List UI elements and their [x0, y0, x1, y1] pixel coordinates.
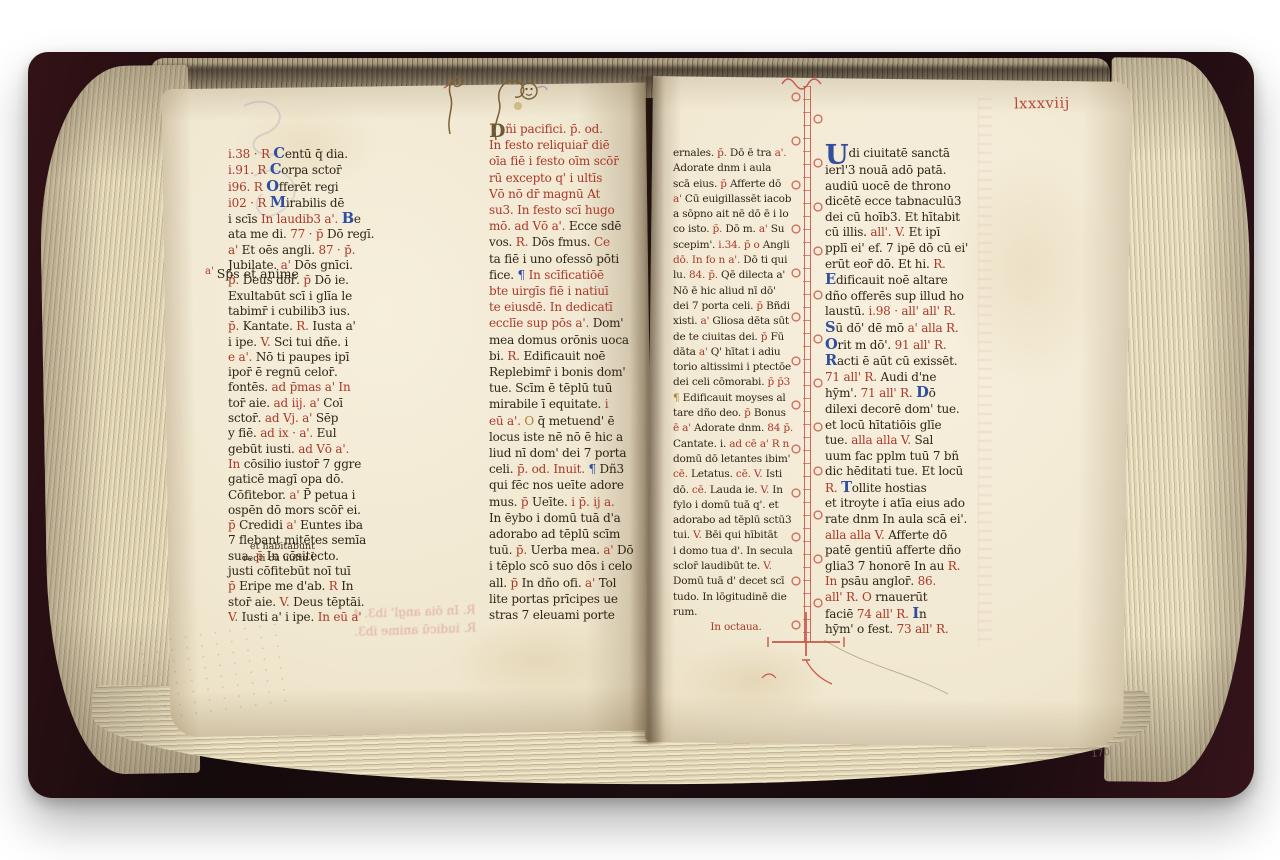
text-segment: In dño ofi. [522, 576, 585, 590]
manuscript-text-line: alla alla V. Afferte dō [825, 528, 1001, 544]
text-segment: Gliosa dēta sūt [712, 315, 789, 327]
manuscript-text-line: bi. R. Edificauit noē [489, 348, 647, 364]
manuscript-text-line: cū illis. all'. V. Et ipī [825, 225, 1001, 241]
text-segment: Ueīte. [532, 495, 571, 509]
text-segment: Ecce sdē [569, 219, 621, 233]
manuscript-text-line: stras 7 eleuami porte [489, 607, 647, 623]
text-segment: 74 all' R. [857, 607, 913, 621]
manuscript-text-line: su3. In festo scī hugo [489, 202, 647, 218]
manuscript-text-line: rum. [673, 605, 799, 620]
margin-note-recti: et habitabunt recti cū uultu t̄ [215, 541, 315, 564]
text-segment: Iusta a' [312, 319, 355, 333]
manuscript-text-line: ta fiē i uno ofessō pōti [489, 251, 647, 267]
manuscript-text-line: sctor̄. ad Vj. a' Sēp [228, 411, 428, 426]
text-segment: n [919, 607, 927, 621]
text-segment: a sōpno ait nē dō ē i lo [673, 208, 788, 220]
manuscript-text-line: Adorate dnm i aula [673, 161, 799, 176]
manuscript-text-line: mus. p̄ Ueīte. i p̄. ij a. [489, 494, 647, 510]
text-segment: all. [489, 576, 510, 590]
manuscript-text-line: erūt eor̄ dō. Et hi. R. [825, 257, 1001, 273]
text-segment: p̄. [713, 223, 726, 235]
text-segment: Afferte dō [730, 178, 781, 190]
text-segment: i.38 · R [228, 147, 273, 161]
text-segment: i.98 · all' all' R. [868, 304, 955, 318]
manuscript-text-line: Exultabūt scī i glīa le [228, 289, 428, 304]
manuscript-text-line: tor̄ aie. ad iij. a' Coī [228, 396, 428, 411]
text-segment: C [270, 161, 281, 178]
text-segment: a'. [775, 147, 787, 159]
text-segment: mō. ad Vō a'. [489, 219, 569, 233]
text-segment: dāta [673, 346, 699, 358]
text-segment: Dō ē tra [730, 147, 775, 159]
text-segment: Qē dilecta a' [721, 269, 785, 281]
text-segment: ad p̄mas a' In [272, 380, 351, 394]
manuscript-text-line: Domū tuā d' decet scī [673, 574, 799, 589]
text-segment: e [354, 212, 361, 226]
text-segment: R. [933, 257, 945, 271]
photograph-of-open-manuscript-book: i.38 · R Centū q̄ dia.i.91. R Corpa scto… [0, 0, 1280, 860]
manuscript-text-line: dicētē ecce tabnaculū3 [825, 194, 1001, 210]
manuscript-text-line: i.38 · R Centū q̄ dia. [228, 146, 428, 162]
manuscript-text-line: In octaua. [673, 620, 799, 635]
text-segment: T [841, 479, 852, 496]
text-segment: i p̄. ij a. [571, 495, 614, 509]
text-segment: In ēybo i domū tuā d'a [489, 511, 621, 525]
text-segment: rum. [673, 606, 697, 618]
text-segment: Eripe me d'ab. [239, 579, 329, 593]
text-segment: fferēt regi [279, 180, 339, 194]
manuscript-text-line: i domo tua d'. In secula [673, 544, 799, 559]
manuscript-text-line: tuū. p̄. Uerba mea. a' Dō [489, 542, 647, 558]
manuscript-text-line: co isto. p̄. Dō m. a' Su [673, 222, 799, 237]
manuscript-text-line: R. Tollite hostias [825, 480, 1001, 497]
manuscript-text-line: uum fac pplm tuū 7 bñ [825, 449, 1001, 465]
text-segment: psāu anglor̄. [841, 574, 918, 588]
text-segment: C [273, 145, 284, 162]
text-segment: ū dō' dē mō [835, 321, 907, 335]
manuscript-text-line: Dñi pacifici. p̄. od. [489, 121, 647, 137]
text-segment: V. [693, 529, 705, 541]
text-segment: Et oēs angli. [242, 243, 319, 257]
text-column-left-2: Dñi pacifici. p̄. od.In festo reliquiar̄… [489, 121, 647, 623]
text-segment: 73 all' R. [897, 622, 949, 636]
manuscript-text-line: Orit m dō'. 91 all' R. [825, 337, 1001, 354]
text-segment: dō. In fo n a'. [673, 254, 743, 266]
manuscript-text-line: oīa fiē i festo oīm scōr̄ [489, 153, 647, 169]
text-segment: pplī ei' ef. 7 ipē dō cū ei' [825, 241, 968, 255]
text-segment: ō [929, 386, 936, 400]
text-segment: vos. [489, 235, 516, 249]
text-segment: rū excepto q' i ultīs [489, 171, 602, 185]
text-segment: 71 all' R. [825, 370, 881, 384]
text-segment: su3. In festo scī hugo [489, 203, 615, 217]
manuscript-text-line: ipor̄ ē regnū celor̄. [228, 365, 428, 380]
text-segment: rate dnm In aula scā ei'. [825, 512, 967, 526]
text-segment: Angli [763, 239, 790, 251]
text-segment: p̄. [516, 543, 531, 557]
text-segment: alla alla V. [851, 433, 914, 447]
text-segment: mea domus orōnis uoca [489, 333, 629, 347]
text-segment: Euntes iba [300, 518, 363, 532]
text-segment: tui. [673, 529, 693, 541]
text-segment: p̄ [303, 273, 314, 287]
text-segment: 87 · p̄. [318, 243, 355, 257]
manuscript-text-line: 71 all' R. Audi d'ne [825, 370, 1001, 386]
stray-hair [822, 638, 952, 700]
text-segment: di ciuitatē sanctā [849, 146, 950, 160]
text-segment: y fiē. [228, 426, 260, 440]
text-segment: ē a' [673, 422, 694, 434]
text-segment: laustū. [825, 304, 868, 318]
text-segment: In [772, 484, 783, 496]
text-segment: Sci tui dñe. i [274, 335, 348, 349]
text-segment: a' [603, 543, 617, 557]
text-segment: In octaua. [710, 621, 761, 633]
text-segment: alla alla V. [825, 528, 888, 542]
manuscript-text-line: i scīs In laudib3 a'. Be [228, 211, 428, 227]
text-segment: a' [228, 243, 242, 257]
text-segment: qui fēc nos ueīte adore [489, 478, 624, 492]
text-segment: scā eius. [673, 178, 720, 190]
text-segment: co isto. [673, 223, 713, 235]
text-segment: P̄ petua i [303, 488, 355, 502]
text-segment: In festo reliquiar̄ diē [489, 138, 610, 152]
text-segment: glia3 7 honorē In au [825, 559, 948, 573]
text-segment: Eul [317, 426, 337, 440]
manuscript-text-line: tare dño deo. p̄ Bonus [673, 406, 799, 421]
text-segment: i tēplo scō suo dōs i celo [489, 559, 632, 573]
manuscript-text-line: ernales. p̄. Dō ē tra a'. [673, 146, 799, 161]
margin-note-line: recti cū uultu t̄ [215, 553, 315, 565]
text-segment: Dō [617, 543, 633, 557]
text-segment: Edificauit noē [523, 349, 605, 363]
text-segment: O [825, 336, 838, 353]
manuscript-text-line: glia3 7 honorē In au R. [825, 559, 1001, 575]
manuscript-text-line: Replebimr̄ i bonis dom' [489, 364, 647, 380]
text-segment: dicētē ecce tabnaculū3 [825, 194, 961, 208]
text-segment: fontēs. [228, 380, 272, 394]
text-segment: dei celi cōmorabi. [673, 376, 768, 388]
text-segment: p̄. [228, 319, 243, 333]
text-segment: dei 7 porta celi. [673, 300, 756, 312]
manuscript-text-line: rū excepto q' i ultīs [489, 170, 647, 186]
margin-note-text: Sp̄s et anime [217, 266, 299, 281]
text-segment: e a'. [228, 350, 256, 364]
text-segment: ernales. [673, 147, 717, 159]
manuscript-text-line: tui. V. Bēi qui hībitāt [673, 528, 799, 543]
text-segment: ollite hostias [852, 481, 927, 495]
text-segment: i.91. R [228, 163, 270, 177]
text-segment: tare dño deo. [673, 407, 744, 419]
text-segment: In [825, 574, 841, 588]
text-segment: dificauit noē altare [836, 273, 948, 287]
manuscript-text-line: dilexi decorē dom' tue. [825, 402, 1001, 418]
manuscript-text-line: p̄ Eripe me d'ab. R In [228, 579, 428, 594]
text-segment: stor̄ aie. [228, 595, 279, 609]
manuscript-text-line: p̄. Kantate. R. Iusta a' [228, 319, 428, 334]
text-column-right-2: Udi ciuitatē sanctāierl'3 nouā adō patā.… [825, 146, 1001, 638]
manuscript-text-line: Edificauit noē altare [825, 272, 1001, 289]
text-segment: ad cē a' R n [729, 438, 789, 450]
manuscript-text-line: qui fēc nos ueīte adore [489, 477, 647, 493]
text-segment: hȳm' o fest. [825, 622, 897, 636]
text-segment: R [825, 352, 837, 369]
manuscript-text-line: te eiusdē. In dedicatī [489, 299, 647, 315]
text-segment: ad Vj. a' [265, 411, 316, 425]
text-segment: R. [825, 481, 841, 495]
text-segment: a' [286, 518, 300, 532]
text-segment: p̄ [756, 300, 766, 312]
cadel-flourish-icon [432, 74, 468, 136]
text-segment: 91 all' R. [895, 338, 947, 352]
text-segment: Fū [770, 331, 784, 343]
manuscript-text-line: sclor̄ laudibūt te. V. [673, 559, 799, 574]
manuscript-text-line: fice. ¶ In scīficatiōē [489, 267, 647, 283]
text-segment: celi. [489, 462, 517, 476]
text-segment: i [605, 397, 609, 411]
text-segment: Adorate dnm. [694, 422, 767, 434]
pencil-page-number: 170 [1090, 747, 1110, 760]
text-segment: Isti [766, 468, 782, 480]
text-segment: Coī [323, 396, 343, 410]
text-segment: dic hēditati tue. Et locū [825, 464, 963, 478]
text-segment: 71 all' R. [861, 386, 917, 400]
text-segment: Letatus. [691, 468, 736, 480]
text-segment: Cantate. i. [673, 438, 729, 450]
text-segment: ipor̄ ē regnū celor̄. [228, 365, 338, 379]
manuscript-text-line: Udi ciuitatē sanctā [825, 146, 1001, 163]
manuscript-text-line: all. p̄ In dño ofi. a' Tol [489, 575, 647, 591]
text-segment: R. [507, 349, 523, 363]
text-segment: tue. [825, 433, 851, 447]
text-segment: 86. [918, 574, 936, 588]
text-segment: scepim'. [673, 239, 718, 251]
text-segment: Dñ3 [600, 462, 624, 476]
text-segment: cū illis. [825, 225, 870, 239]
text-segment: locus iste nē nō ē hic a [489, 430, 623, 444]
text-segment: p̄. od. Inuit. [517, 462, 589, 476]
text-segment: eū a'. [489, 414, 524, 428]
manuscript-text-line: liud nī dom' dei 7 porta [489, 445, 647, 461]
text-segment: tor̄ aie. [228, 396, 274, 410]
text-segment: 84 p̄. [767, 422, 793, 434]
margin-note-prefix: a' [205, 266, 214, 277]
manuscript-text-line: gebūt iusti. ad Vō a'. [228, 442, 428, 457]
manuscript-text-line: ē a' Adorate dnm. 84 p̄. [673, 421, 799, 436]
text-segment: p̄ p̄3 [768, 376, 791, 388]
manuscript-text-line: ¶ Edificauit moyses al [673, 391, 799, 406]
manuscript-text-line: adorabo ad tēplū sctū3 [673, 513, 799, 528]
text-segment: cē. V. [736, 468, 766, 480]
text-segment: Kantate. [243, 319, 297, 333]
text-segment: bte uirgīs fiē i natiuī [489, 284, 609, 298]
text-segment: In [228, 457, 244, 471]
text-segment: Nō ti paupes ipī [256, 350, 350, 364]
text-segment: all'. V. [870, 225, 908, 239]
margin-note-line: et habitabunt [215, 541, 315, 553]
text-column-right-1: ernales. p̄. Dō ē tra a'.Adorate dnm i a… [673, 146, 799, 636]
text-segment: O [266, 178, 279, 195]
text-segment: a' [673, 193, 685, 205]
text-segment: Q' hītat i adiu [711, 346, 781, 358]
manuscript-text-line: a' Cū euigillassēt iacob [673, 192, 799, 207]
text-segment: M [270, 194, 286, 211]
text-segment: domū dō letantes ibim' [673, 453, 790, 465]
text-segment: Edificauit moyses al [683, 392, 786, 404]
text-segment: Bonus [754, 407, 786, 419]
manuscript-text-line: lu. 84. p̄. Qē dilecta a' [673, 268, 799, 283]
text-segment: audiū uocē de throno [825, 179, 951, 193]
text-segment: Dom' [593, 316, 624, 330]
manuscript-text-line: pplī ei' ef. 7 ipē dō cū ei' [825, 241, 1001, 257]
text-segment: B [342, 210, 354, 227]
manuscript-text-line: et locū hītatiōis glīe [825, 418, 1001, 434]
text-segment: Domū tuā d' decet scī [673, 575, 784, 587]
text-segment: i96. R [228, 180, 266, 194]
manuscript-text-line: i.91. R Corpa sctor̄ [228, 162, 428, 178]
text-segment: Dō regī. [327, 227, 374, 241]
manuscript-text-line: justi cōfitebūt noī tuī [228, 564, 428, 579]
text-segment: oīa fiē i festo oīm scōr̄ [489, 154, 619, 168]
text-segment: acti ē aūt cū exissēt. [837, 354, 957, 368]
text-segment: E [825, 271, 836, 288]
manuscript-text-line: hȳm' o fest. 73 all' R. [825, 622, 1001, 638]
text-segment: Su [771, 223, 785, 235]
text-segment: Cōfitebor. [228, 488, 289, 502]
manuscript-text-line: Vō nō dr̄ magnū At [489, 186, 647, 202]
text-segment: Dōs gnīci. [294, 258, 352, 272]
text-segment: i02 · R [228, 196, 270, 210]
text-segment: xisti. [673, 315, 701, 327]
text-segment: a' [699, 346, 711, 358]
text-segment: ¶ [673, 392, 683, 404]
manuscript-text-line: e a'. Nō ti paupes ipī [228, 350, 428, 365]
manuscript-text-line: dāta a' Q' hītat i adiu [673, 345, 799, 360]
manuscript-text-line: cē. Letatus. cē. V. Isti [673, 467, 799, 482]
text-segment: Cū euigillassēt iacob [685, 193, 791, 205]
manuscript-text-line: all' R. O rnauerūt [825, 590, 1001, 606]
manuscript-text-line: Nō ē hic aliud nī dō' [673, 284, 799, 299]
text-segment: Adorate dnm i aula [673, 162, 771, 174]
folio-number: lxxxviij [1014, 96, 1070, 113]
manuscript-text-line: fylo i domū tuā q'. et [673, 498, 799, 513]
manuscript-text-line: gaticē magī opa dō. [228, 472, 428, 487]
manuscript-text-line: p̄ Credidi a' Euntes iba [228, 518, 428, 533]
manuscript-text-line: eū a'. O q̄ metuend' ē [489, 413, 647, 429]
manuscript-text-line: i02 · R Mirabilis dē [228, 195, 428, 211]
text-segment: 77 · p̄ [290, 227, 327, 241]
text-segment: fice. [489, 268, 518, 282]
ink-showthrough-text: R. In ōia angl' ib3. 4 R. iudicū anime i… [285, 601, 476, 644]
text-segment: p̄ [521, 495, 532, 509]
text-segment: V. [763, 560, 772, 572]
text-segment: dilexi decorē dom' tue. [825, 402, 960, 416]
text-segment: ad iij. a' [274, 396, 324, 410]
text-segment: liud nī dom' dei 7 porta [489, 446, 626, 460]
manuscript-text-line: laustū. i.98 · all' all' R. [825, 304, 1001, 320]
manuscript-text-line: ierl'3 nouā adō patā. [825, 163, 1001, 179]
text-segment: p̄ [720, 178, 730, 190]
text-segment: Tol [599, 576, 617, 590]
text-segment: rit m dō'. [838, 338, 895, 352]
text-segment: a' alla R. [908, 321, 959, 335]
text-segment: Afferte dō [888, 528, 947, 542]
text-segment: cōsilio iustor̄ 7 ggre [244, 457, 361, 471]
manuscript-text-line: domū dō letantes ibim' [673, 452, 799, 467]
manuscript-text-line: xisti. a' Gliosa dēta sūt [673, 314, 799, 329]
manuscript-text-line: Cōfitebor. a' P̄ petua i [228, 488, 428, 503]
manuscript-text-line: y fiē. ad ix · a'. Eul [228, 426, 428, 441]
text-segment: In scīficatiōē [529, 268, 604, 282]
manuscript-text-line: dei 7 porta celi. p̄ Bñdi [673, 299, 799, 314]
text-segment: dō. [673, 484, 692, 496]
text-segment: mirabile ī equitate. [489, 397, 605, 411]
manuscript-text-line: mō. ad Vō a'. Ecce sdē [489, 218, 647, 234]
manuscript-text-line: tabimr̄ i cubilib3 ius. [228, 304, 428, 319]
text-segment: Dōs fmus. [532, 235, 594, 249]
text-segment: R. [516, 235, 532, 249]
text-segment: p̄. [717, 147, 730, 159]
text-segment: a' [289, 488, 303, 502]
manuscript-text-line: celi. p̄. od. Inuit. ¶ Dñ3 [489, 461, 647, 477]
text-segment: tudo. In lōgitudinē die [673, 591, 787, 603]
text-segment: i domo tua d'. In secula [673, 545, 793, 557]
text-segment: cē. [673, 468, 691, 480]
text-segment: Dō m. [725, 223, 759, 235]
text-segment: orpa sctor̄ [281, 163, 341, 177]
text-segment: Dō ie. [315, 273, 349, 287]
manuscript-text-line: i96. R Offerēt regi [228, 179, 428, 195]
text-segment: R. [296, 319, 312, 333]
manuscript-text-line: mea domus orōnis uoca [489, 332, 647, 348]
text-segment: tuū. [489, 543, 516, 557]
text-segment: Replebimr̄ i bonis dom' [489, 365, 626, 379]
text-segment: fylo i domū tuā q'. et [673, 499, 779, 511]
text-segment: te eiusdē. In dedicatī [489, 300, 613, 314]
text-segment: In laudib3 a'. [261, 212, 342, 226]
manuscript-text-line: dei celi cōmorabi. p̄ p̄3 [673, 375, 799, 390]
text-segment: sclor̄ laudibūt te. [673, 560, 763, 572]
text-segment: Bēi qui hībitāt [705, 529, 778, 541]
text-segment: Vō nō dr̄ magnū At [489, 187, 600, 201]
text-segment: q̄ metuend' ē [538, 414, 615, 428]
text-segment: V. [261, 335, 275, 349]
text-segment: et itroyte i atīa eius ado [825, 496, 965, 510]
manuscript-text-line: tue. Scīm ē tēplū tuū [489, 380, 647, 396]
text-segment: gebūt iusti. [228, 442, 298, 456]
text-segment: tue. Scīm ē tēplū tuū [489, 381, 612, 395]
manuscript-text-line: hȳm'. 71 all' R. Dō [825, 385, 1001, 402]
manuscript-text-line: rate dnm In aula scā ei'. [825, 512, 1001, 528]
text-segment: Dō ti qui [743, 254, 787, 266]
text-segment: S [825, 319, 835, 336]
text-segment: ta fiē i uno ofessō pōti [489, 252, 619, 266]
text-segment: et locū hītatiōis glīe [825, 418, 941, 432]
manuscript-text-line: dic hēditati tue. Et locū [825, 464, 1001, 480]
text-segment: gaticē magī opa dō. [228, 472, 344, 486]
text-segment: ierl'3 nouā adō patā. [825, 163, 946, 177]
text-segment: tabimr̄ i cubilib3 ius. [228, 304, 350, 318]
text-segment: a' [585, 576, 599, 590]
text-segment: ad Vō a'. [298, 442, 349, 456]
text-segment: ¶ [588, 462, 599, 476]
text-segment: Uerba mea. [531, 543, 604, 557]
text-segment: erūt eor̄ dō. Et hi. [825, 257, 933, 271]
text-segment: torio altissimi i ptectōe [673, 361, 791, 373]
text-segment: dño offerēs sup illud ho [825, 289, 964, 303]
text-segment: p̄ [510, 576, 521, 590]
text-segment: V. [760, 484, 772, 496]
